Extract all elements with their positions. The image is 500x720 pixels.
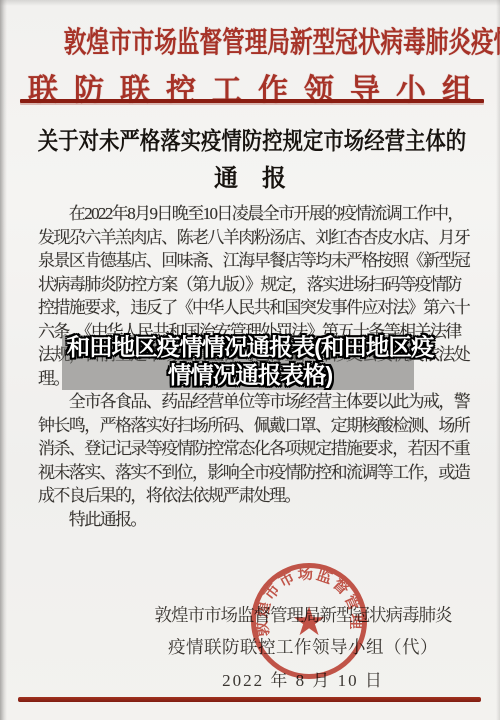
letterhead-org-line1: 敦煌市市场监督管理局新型冠状病毒肺炎疫情 [64,20,500,61]
watermark-title-line1: 和田地区疫情情况通报表(和田地区疫 [0,334,500,362]
body-text-line: 全市各食品、药品经营单位等市场经营主体要以此为戒，警 [38,390,472,414]
body-text-line: 成不良后果的，将依法依规严肃处理。 [38,484,472,508]
body-text-line: 泉景区肯德基店、回味斋、江海早餐店等均未严格按照《新型冠 [38,249,472,273]
letterhead-divider-line [20,99,484,103]
footer-divider-line [18,697,481,702]
body-text-line: 视未落实、落实不到位，影响全市疫情防控和流调等工作，或造 [38,461,472,485]
watermark-title: 和田地区疫情情况通报表(和田地区疫 情情况通报表格) [0,334,500,389]
body-text-line: 特此通报。 [38,508,472,532]
document-title: 关于对未严格落实疫情防控规定市场经营主体的 通 报 [0,121,500,193]
body-text-line: 控措施要求，违反了《中华人民共和国突发事件应对法》第六十 [38,296,472,320]
body-text-line: 发现尕六羊羔肉店、陈老八羊肉粉汤店、刘红杏杏皮水店、月牙 [38,226,472,250]
document-title-line1: 关于对未严格落实疫情防控规定市场经营主体的 [38,121,466,156]
body-text-line: 状病毒肺炎防控方案（第九版）》规定，落实进场扫码等疫情防 [38,273,472,297]
letterhead: 敦煌市市场监督管理局新型冠状病毒肺炎疫情 联防联控工作领导小组 [0,20,500,109]
scan-edge-shadow-top [0,0,500,6]
body-text-line: 在2022年8月9日晚至10日凌晨全市开展的疫情流调工作中， [38,202,472,226]
document-title-line2: 通 报 [0,158,500,193]
body-text-line: 钟长鸣，严格落实好扫场所码、佩戴口罩、定期核酸检测、场所 [38,414,472,438]
seal-star-icon: ★ [291,599,327,644]
watermark-title-line2: 情情况通报表格) [0,362,500,390]
scanned-notice-page: 敦煌市市场监督管理局新型冠状病毒肺炎疫情 联防联控工作领导小组 关于对未严格落实… [0,0,500,720]
body-text-line: 消杀、登记记录等疫情防控常态化各项规定措施要求，若因不重 [38,437,472,461]
official-seal: 敦煌市市场监督管理局 ★ [246,558,372,684]
